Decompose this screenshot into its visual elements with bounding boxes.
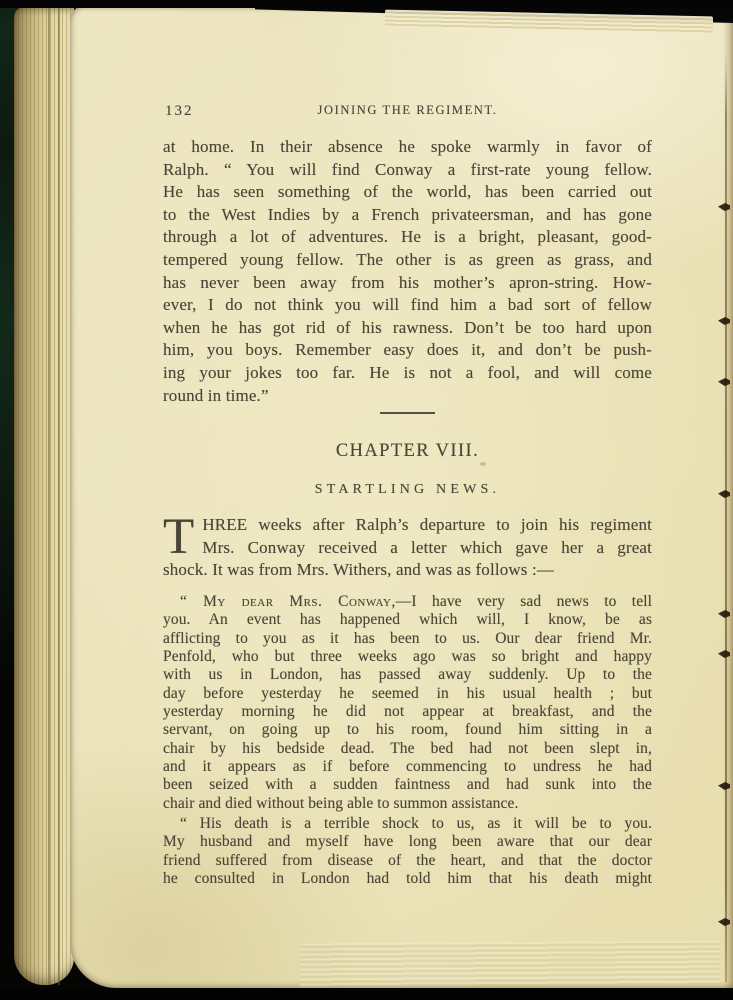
book-photo-scene: 132 JOINING THE REGIMENT. at home. In th… (0, 0, 733, 1000)
chapter-heading: CHAPTER VIII. (163, 440, 652, 462)
letter-paragraph-1-lines: you. An event has happened which will, I… (163, 611, 652, 813)
text-line: shock. It was from Mrs. Withers, and was… (163, 559, 652, 582)
text-line: ing your jokes too far. He is not a fool… (163, 362, 652, 385)
text-line: day before yesterday he seemed in his us… (163, 685, 652, 703)
page-edge-line (58, 7, 60, 985)
text-line: he consulted in London had told him that… (163, 870, 652, 888)
text-line: and it appears as if before commencing t… (163, 758, 652, 776)
text-line: with us in London, has passed away sudde… (163, 666, 652, 684)
page-edge-line (48, 7, 50, 985)
text-line: when he has got rid of his rawness. Don’… (163, 317, 652, 340)
opening-paragraph: T HREE weeks after Ralph’s departure to … (163, 514, 652, 582)
text-line: servant, on going up to his room, found … (163, 721, 652, 739)
section-divider-rule (380, 412, 435, 414)
text-line: yesterday morning he did not appear at b… (163, 703, 652, 721)
text-line: Penfold, who but three weeks ago was so … (163, 648, 652, 666)
letter-paragraph-2: “ His death is a terrible shock to us, a… (163, 815, 652, 888)
page-header: 132 JOINING THE REGIMENT. (163, 103, 652, 121)
letter-paragraph-1: “ My dear Mrs. Conway,—I have very sad n… (163, 593, 652, 813)
text-line: “ His death is a terrible shock to us, a… (163, 815, 652, 833)
text-line: him, you boys. Remember easy does it, an… (163, 339, 652, 362)
text-line: been seized with a sudden faintness and … (163, 776, 652, 794)
letter-salutation: “ My dear Mrs. Conway, (180, 593, 396, 610)
text-line: round in time.” (163, 385, 652, 408)
drop-cap-initial: T (163, 515, 194, 559)
text-line: Mrs. Conway received a letter which gave… (163, 537, 652, 560)
bottom-page-edges (300, 941, 720, 988)
photo-top-border (0, 0, 733, 8)
text-line: “ My dear Mrs. Conway,—I have very sad n… (163, 593, 652, 611)
text-line: to the West Indies by a French privateer… (163, 204, 652, 227)
page-number: 132 (165, 103, 194, 120)
text-line: you. An event has happened which will, I… (163, 611, 652, 629)
text-column: 132 JOINING THE REGIMENT. at home. In th… (163, 6, 652, 888)
text-line: ever, I do not think you will find him a… (163, 294, 652, 317)
photo-bottom-border (0, 988, 733, 1000)
text-line: HREE weeks after Ralph’s departure to jo… (163, 514, 652, 537)
text-line: He has seen something of the world, has … (163, 181, 652, 204)
chapter-subtitle: STARTLING NEWS. (163, 482, 652, 498)
text-line: chair by his bedside dead. The bed had n… (163, 740, 652, 758)
page-edge-stack (14, 7, 74, 985)
opening-paragraph-lines: HREE weeks after Ralph’s departure to jo… (163, 514, 652, 582)
text-line: My husband and myself have long been awa… (163, 833, 652, 851)
text-line: afflicting to you as it has been to us. … (163, 630, 652, 648)
text-line: has never been away from his mother’s ap… (163, 272, 652, 295)
text-line: through a lot of adventures. He is a bri… (163, 226, 652, 249)
text-line: friend suffered from disease of the hear… (163, 852, 652, 870)
text-line: chair and died without being able to sum… (163, 795, 652, 813)
continuation-paragraph: at home. In their absence he spoke warml… (163, 136, 652, 407)
text-line: tempered young fellow. The other is as g… (163, 249, 652, 272)
book-page: 132 JOINING THE REGIMENT. at home. In th… (70, 6, 733, 988)
text-line: at home. In their absence he spoke warml… (163, 136, 652, 159)
text-line: Ralph. “ You will find Conway a first-ra… (163, 159, 652, 182)
letter-salutation-rest: —I have very sad news to tell (396, 593, 652, 610)
running-title: JOINING THE REGIMENT. (163, 103, 652, 118)
